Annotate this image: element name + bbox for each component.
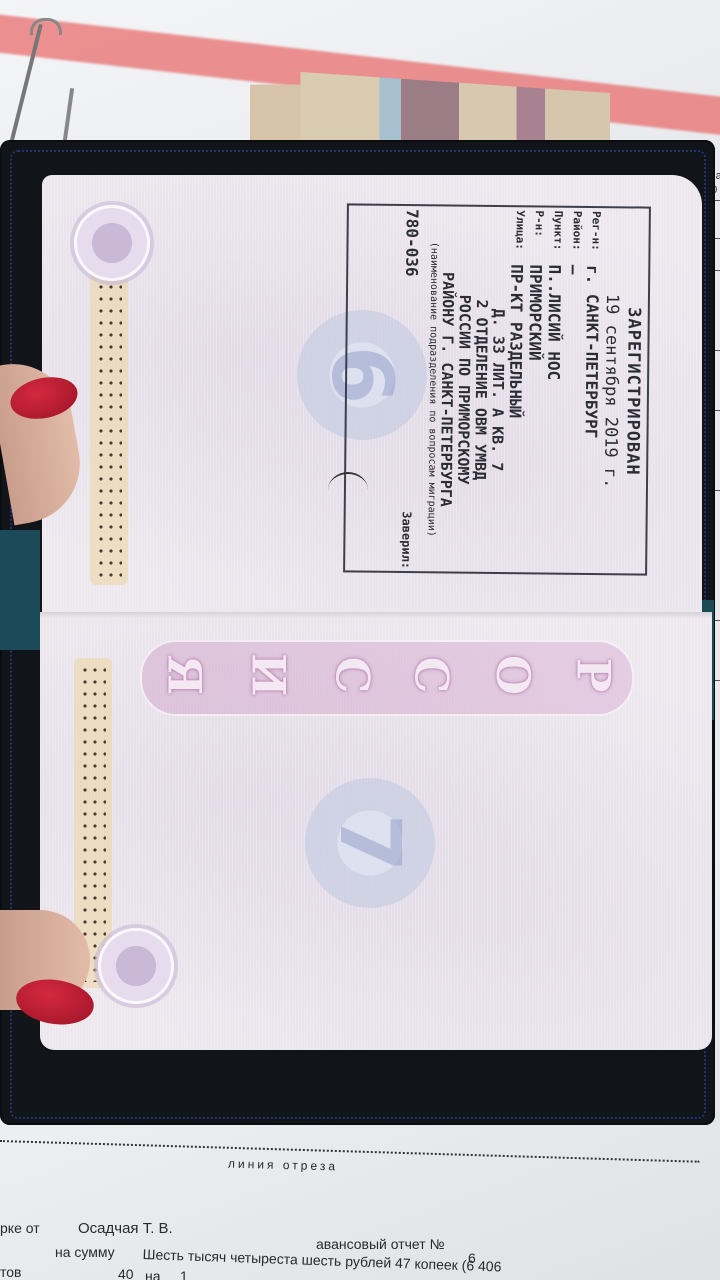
certified-label: Заверил: (399, 511, 414, 569)
rosette-ornament (74, 205, 150, 281)
field-value: ПРИМОРСКИЙ (525, 264, 545, 361)
field-value: ПР-КТ РАЗДЕЛЬНЫЙ (506, 264, 527, 418)
form-text: 40 (118, 1266, 134, 1280)
rossiya-letter: И (242, 653, 296, 702)
rosette-ornament (98, 928, 174, 1004)
wire-clip-hook (30, 18, 62, 35)
rossiya-letter: Р (566, 658, 620, 699)
field-label: Район: (564, 210, 584, 264)
form-text: 1 (180, 1268, 188, 1280)
cover-inner-lining (0, 530, 40, 650)
form-text: рке от (0, 1220, 40, 1236)
field-label: Пункт: (545, 210, 565, 264)
field-label: Рег-н: (583, 210, 603, 264)
form-text: на сумму (55, 1244, 115, 1260)
rossiya-letter: О (486, 655, 540, 701)
rossiya-letter: Я (157, 655, 211, 702)
form-text: авансовый отчет № (316, 1236, 445, 1252)
cut-line-label: линия отреза (228, 1157, 338, 1174)
stamp-date: 19 сентября 2019 г. (599, 211, 623, 571)
signature (328, 472, 368, 508)
stamp-title: ЗАРЕГИСТРИРОВАН (621, 211, 645, 571)
security-print-rossiya: Я И С С О Р (140, 640, 634, 716)
registration-stamp: ЗАРЕГИСТРИРОВАН 19 сентября 2019 г. Рег-… (343, 203, 651, 575)
page-number-watermark: 7 (305, 778, 435, 908)
rossiya-letter: С (404, 657, 458, 700)
field-value: г. САНКТ-ПЕТЕРБУРГ (581, 264, 602, 438)
form-text: тов (0, 1264, 21, 1280)
form-text: на (145, 1268, 161, 1280)
department-code: 780-036 (402, 209, 422, 277)
form-name: Осадчая Т. В. (78, 1220, 173, 1237)
field-label: Улица: (507, 210, 527, 264)
field-label: Р-н: (526, 210, 546, 264)
field-value: П..ЛИСИЙ НОС (544, 264, 564, 380)
field-value: — (564, 264, 583, 274)
rossiya-letter: С (325, 657, 379, 700)
